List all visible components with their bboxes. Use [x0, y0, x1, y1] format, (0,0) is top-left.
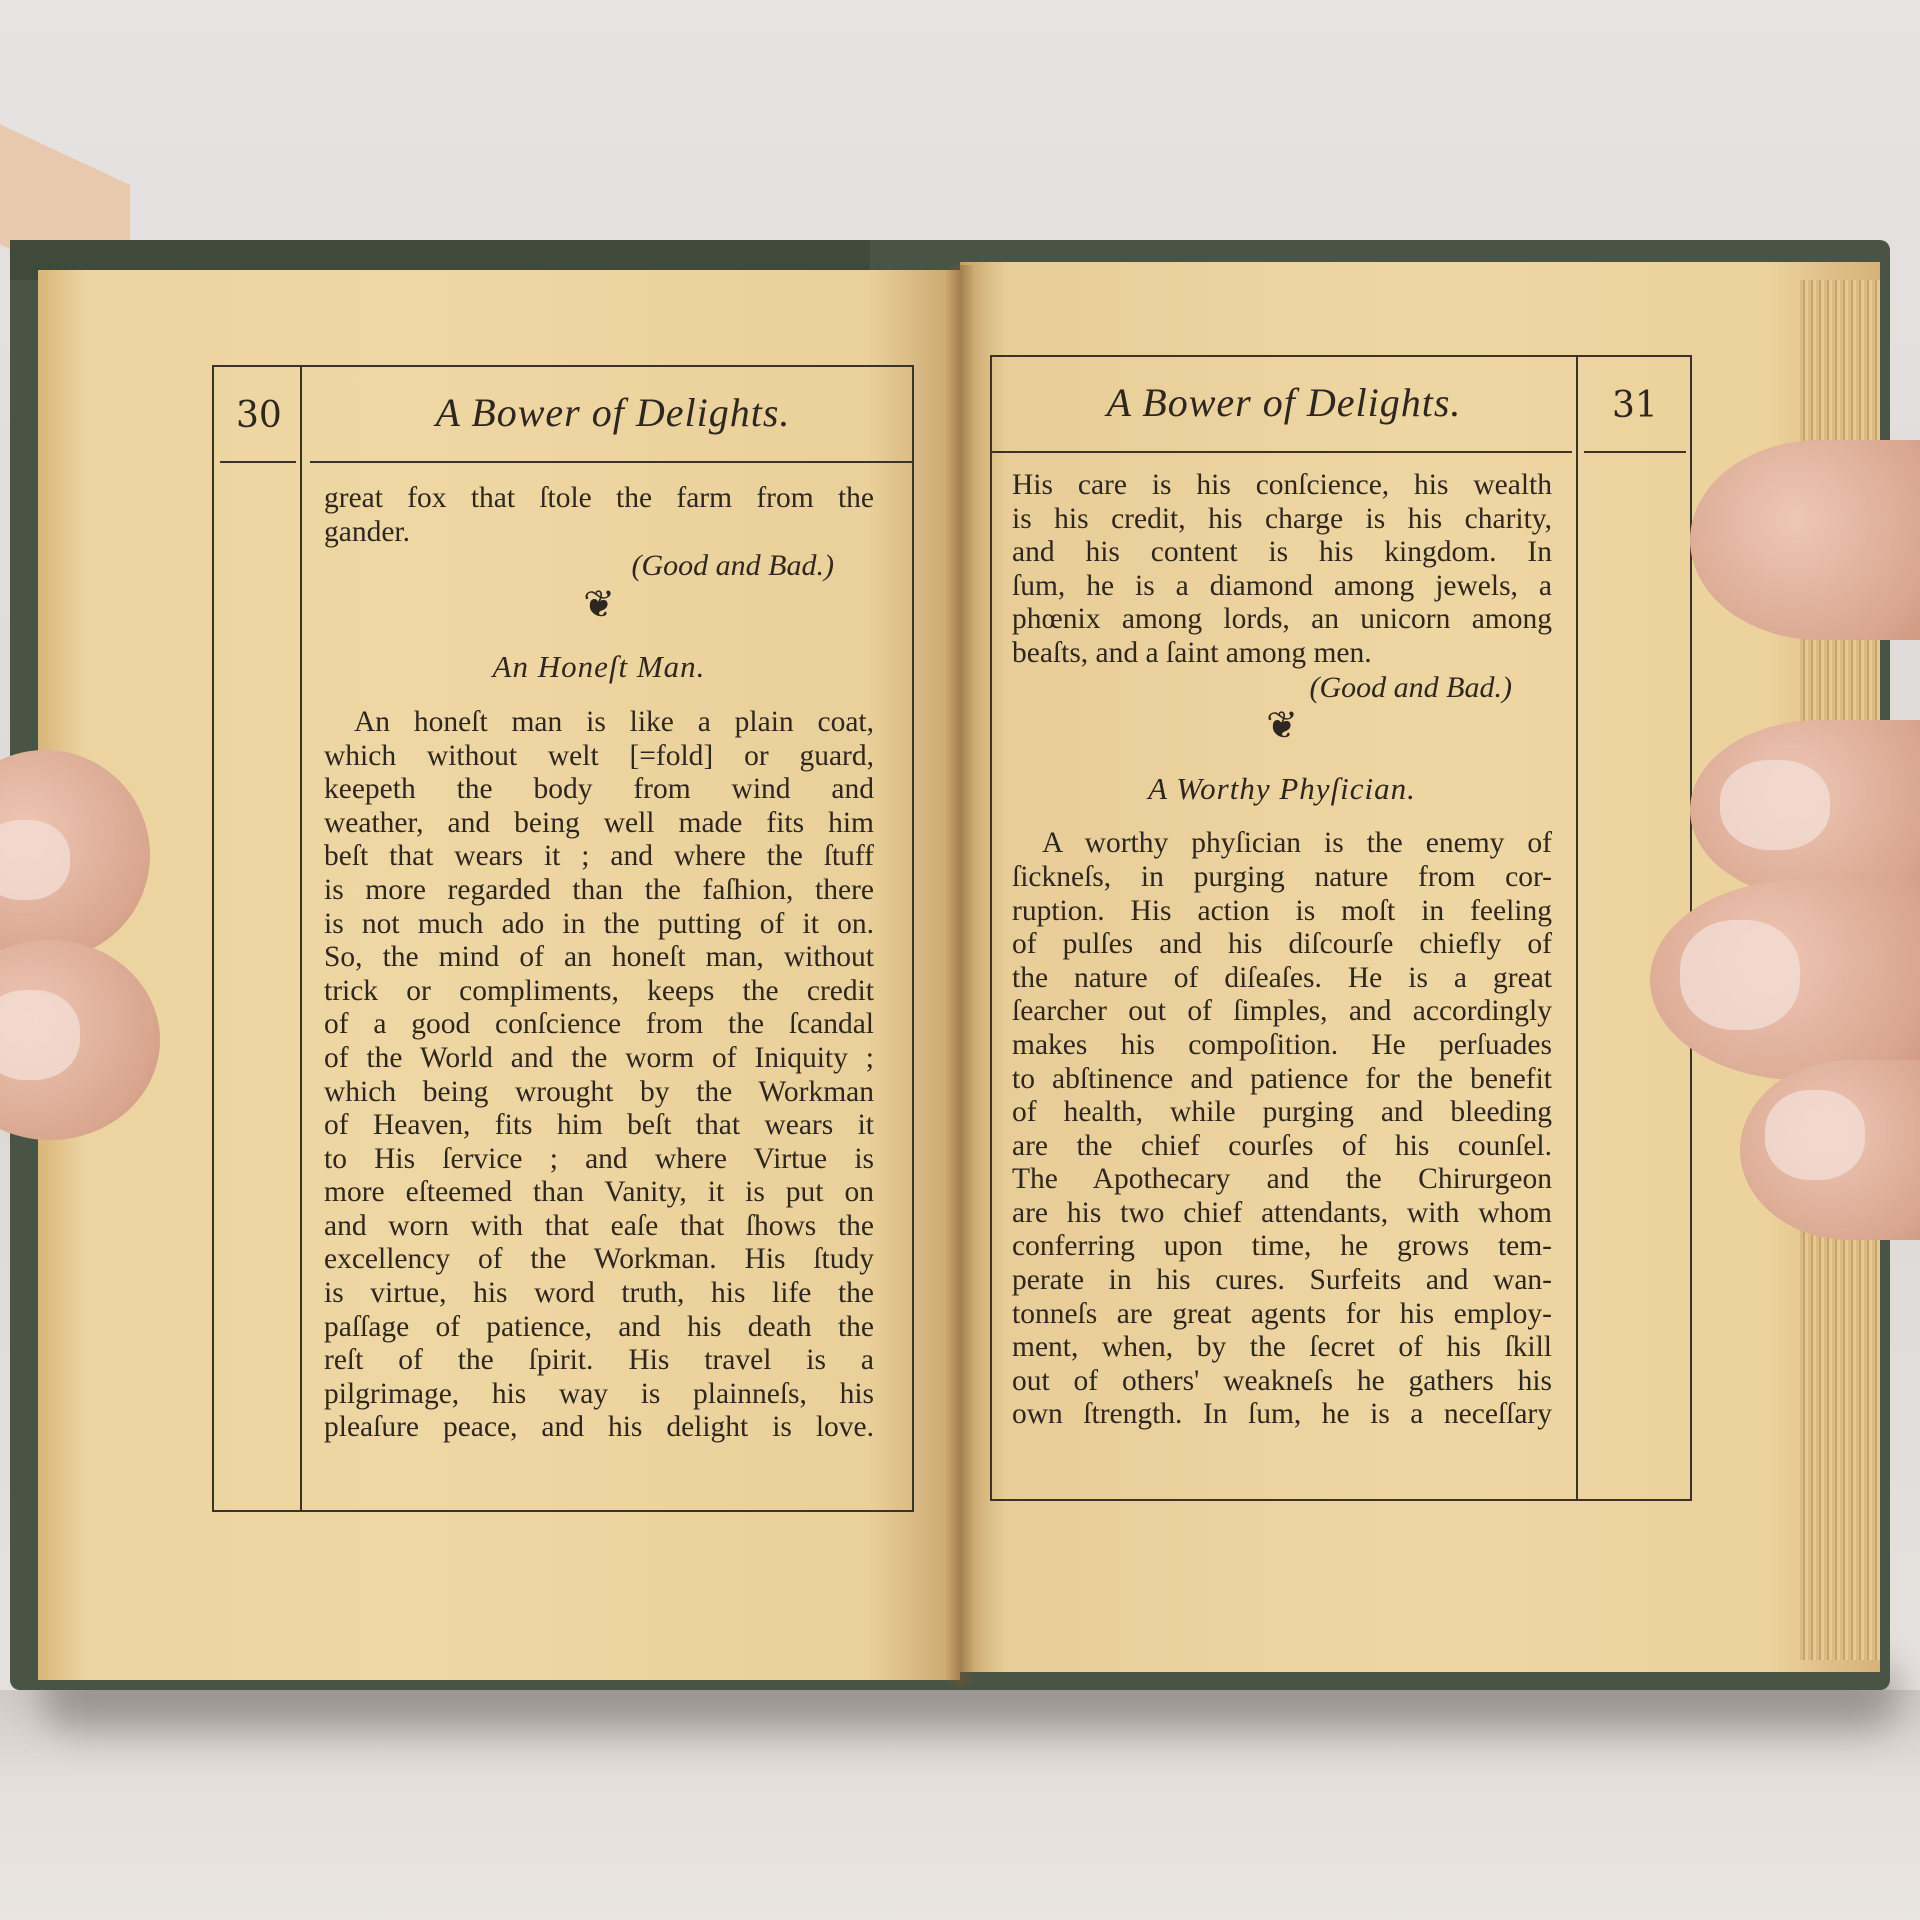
text-line: ruption. His action is moſt in feeling: [1012, 895, 1552, 929]
left-text-column: great fox that ſtole the farm from the g…: [324, 482, 874, 1445]
text-line: ment, when, by the ſecret of his ſkill: [1012, 1331, 1552, 1365]
attribution: (Good and Bad.): [1012, 671, 1512, 705]
section-title: A Worthy Phyſician.: [1012, 772, 1552, 806]
header-rule: [992, 451, 1572, 453]
text-line: to His ſervice ; and where Virtue is: [324, 1143, 874, 1177]
header-rule: [310, 461, 912, 463]
text-line: which being wrought by the Workman: [324, 1076, 874, 1110]
header-rule: [220, 461, 296, 463]
text-line: is virtue, his word truth, his life the: [324, 1277, 874, 1311]
text-line: of health, while purging and bleeding: [1012, 1096, 1552, 1130]
text-line: which without welt [=fold] or guard,: [324, 740, 874, 774]
text-line: more eſteemed than Vanity, it is put on: [324, 1176, 874, 1210]
text-line: pleaſure peace, and his delight is love.: [324, 1411, 874, 1445]
header-rule: [1584, 451, 1686, 453]
fleuron-icon: ❦: [324, 589, 874, 623]
text-line: to abſtinence and patience for the benef…: [1012, 1063, 1552, 1097]
text-line: great fox that ſtole the farm from the: [324, 482, 874, 516]
running-head: A Bower of Delights.: [314, 389, 912, 436]
text-line: makes his compoſition. He perſuades: [1012, 1029, 1552, 1063]
text-line: are his two chief attendants, with whom: [1012, 1197, 1552, 1231]
text-line: of pulſes and his diſcourſe chiefly of: [1012, 928, 1552, 962]
text-line: trick or compliments, keeps the credit: [324, 975, 874, 1009]
text-line: ſearcher out of ſimples, and accordingly: [1012, 995, 1552, 1029]
margin-rule: [1576, 357, 1578, 1499]
text-line: An honeſt man is like a plain coat,: [324, 706, 874, 740]
left-page-frame: 30 A Bower of Delights. great fox that ſ…: [212, 365, 914, 1512]
text-line: reſt of the ſpirit. His travel is a: [324, 1344, 874, 1378]
text-line: is his credit, his charge is his charity…: [1012, 503, 1552, 537]
text-line: perate in his cures. Surfeits and wan-: [1012, 1264, 1552, 1298]
running-head: A Bower of Delights.: [992, 379, 1576, 426]
text-line: ſickneſs, in purging nature from cor-: [1012, 861, 1552, 895]
text-line: keepeth the body from wind and: [324, 773, 874, 807]
right-page-frame: A Bower of Delights. 31 His care is his …: [990, 355, 1692, 1501]
text-line: So, the mind of an honeſt man, without: [324, 941, 874, 975]
text-line: pilgrimage, his way is plainneſs, his: [324, 1378, 874, 1412]
text-line: beſt that wears it ; and where the ſtuff: [324, 840, 874, 874]
text-line: is not much ado in the putting of it on.: [324, 908, 874, 942]
text-line: excellency of the Workman. His ſtudy: [324, 1243, 874, 1277]
text-line: A worthy phyſician is the enemy of: [1012, 827, 1552, 861]
text-line: are the chief courſes of his counſel.: [1012, 1130, 1552, 1164]
section-title: An Honeſt Man.: [324, 650, 874, 684]
attribution: (Good and Bad.): [324, 549, 834, 583]
text-line: The Apothecary and the Chirurgeon: [1012, 1163, 1552, 1197]
text-line: own ſtrength. In ſum, he is a neceſſary: [1012, 1398, 1552, 1432]
book-gutter: [945, 265, 975, 1685]
fleuron-icon: ❦: [1012, 710, 1552, 744]
text-line: and worn with that eaſe that ſhows the: [324, 1210, 874, 1244]
text-line: ſum, he is a diamond among jewels, a: [1012, 570, 1552, 604]
text-line: weather, and being well made fits him: [324, 807, 874, 841]
text-line: His care is his conſcience, his wealth: [1012, 469, 1552, 503]
text-line: tonneſs are great agents for his employ-: [1012, 1298, 1552, 1332]
margin-rule: [300, 367, 302, 1510]
page-number: 30: [236, 395, 282, 436]
text-line: is more regarded than the faſhion, there: [324, 874, 874, 908]
text-line: beaſts, and a ſaint among men.: [1012, 637, 1552, 671]
text-line: and his content is his kingdom. In: [1012, 536, 1552, 570]
text-line: out of others' weakneſs he gathers his: [1012, 1365, 1552, 1399]
page-number: 31: [1612, 385, 1658, 426]
text-line: of Heaven, fits him beſt that wears it: [324, 1109, 874, 1143]
text-line: gander.: [324, 516, 874, 550]
text-line: conferring upon time, he grows tem-: [1012, 1230, 1552, 1264]
text-line: of a good conſcience from the ſcandal: [324, 1008, 874, 1042]
text-line: paſſage of patience, and his death the: [324, 1311, 874, 1345]
right-text-column: His care is his conſcience, his wealth i…: [1012, 469, 1552, 1432]
text-line: phœnix among lords, an unicorn among: [1012, 603, 1552, 637]
text-line: of the World and the worm of Iniquity ;: [324, 1042, 874, 1076]
text-line: the nature of diſeaſes. He is a great: [1012, 962, 1552, 996]
